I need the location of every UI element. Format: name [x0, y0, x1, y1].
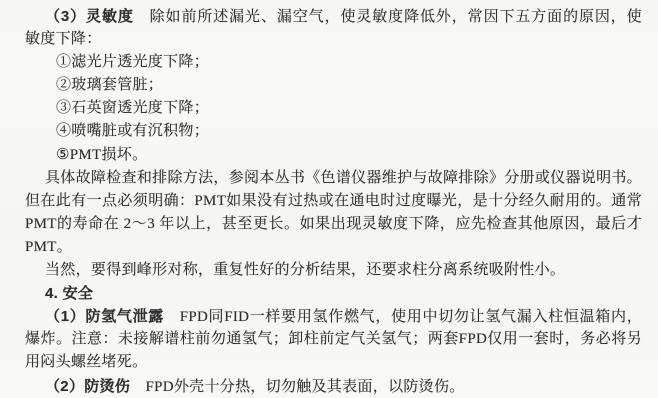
paragraph-line-hydrogen-leak: （1）防氢气泄露 FPD同FID一样要用氢作燃气，使用中切勿让氢气漏入柱恒温箱内… — [25, 305, 642, 328]
line-text: 具体故障检查和排除方法，参阅本丛书《色谱仪器维护与故障排除》分册或仪器说明书。 — [45, 170, 642, 186]
line-text: ⑤PMT损坏。 — [56, 147, 147, 163]
heading-safety-text: 4. 安全 — [45, 285, 93, 302]
line-text: FPD外壳十分热，切勿触及其表面，以防烫伤。 — [145, 379, 464, 395]
line-text: ③石英窗透光度下降； — [56, 100, 209, 116]
paragraph-line-sensitivity-start: （3）灵敏度 除如前所述漏光、漏空气，使灵敏度降低外，常因下五方面的原因，使FP… — [25, 5, 642, 28]
line-text: 但在此有一点必须明确：PMT如果没有过热或在通电时过度曝光，是十分经久耐用的。通… — [25, 193, 642, 209]
line-text: PMT的寿命在 2～3 年以上，甚至更长。如果出现灵敏度下降，应先检查其他原因，… — [25, 216, 642, 236]
line-text: PMT。 — [25, 239, 72, 255]
paragraph-line-pmt-3: PMT。 — [25, 236, 642, 259]
list-item-2: ②玻璃套管脏； — [25, 74, 642, 97]
line-text: ①滤光片透光度下降； — [56, 54, 209, 70]
list-item-3: ③石英窗透光度下降； — [25, 97, 642, 120]
list-item-5: ⑤PMT损坏。 — [25, 144, 642, 167]
line-text: ②玻璃套管脏； — [56, 77, 163, 93]
section-lead-sensitivity: （3）灵敏度 — [45, 8, 150, 25]
document-page: （3）灵敏度 除如前所述漏光、漏空气，使灵敏度降低外，常因下五方面的原因，使FP… — [0, 0, 658, 398]
section-lead-hydrogen-leak: （1）防氢气泄露 — [45, 308, 180, 325]
paragraph-line-plug-screw: 用闷头螺丝堵死。 — [25, 351, 642, 374]
paragraph-line-explosion: 爆炸。注意：未接解谱柱前勿通氢气；卸柱前定气关氢气；两套FPD仅用一套时，务必将… — [25, 328, 642, 351]
line-text: 当然，要得到峰形对称，重复性好的分析结果，还要求柱分离系统吸附性小。 — [45, 262, 565, 278]
paragraph-line-pmt-2: PMT的寿命在 2～3 年以上，甚至更长。如果出现灵敏度下降，应先检查其他原因，… — [25, 213, 642, 236]
paragraph-line-peak-shape: 当然，要得到峰形对称，重复性好的分析结果，还要求柱分离系统吸附性小。 — [25, 259, 642, 282]
line-text: 爆炸。注意：未接解谱柱前勿通氢气；卸柱前定气关氢气；两套FPD仅用一套时，务必将… — [25, 331, 642, 351]
paragraph-line-burn-protection: （2）防烫伤 FPD外壳十分热，切勿触及其表面，以防烫伤。 — [25, 375, 642, 398]
paragraph-line-continuation: 敏度下降： — [25, 28, 642, 51]
line-text: 敏度下降： — [25, 31, 102, 47]
paragraph-line-troubleshooting: 具体故障检查和排除方法，参阅本丛书《色谱仪器维护与故障排除》分册或仪器说明书。 — [25, 167, 642, 190]
list-item-4: ④喷嘴脏或有沉积物； — [25, 120, 642, 143]
section-lead-burn-protection: （2）防烫伤 — [45, 378, 145, 395]
heading-safety: 4. 安全 — [25, 282, 642, 305]
list-item-1: ①滤光片透光度下降； — [25, 51, 642, 74]
line-text: 用闷头螺丝堵死。 — [25, 354, 147, 370]
line-text: ④喷嘴脏或有沉积物； — [56, 123, 209, 139]
paragraph-line-pmt-1: 但在此有一点必须明确：PMT如果没有过热或在通电时过度曝光，是十分经久耐用的。通… — [25, 190, 642, 213]
